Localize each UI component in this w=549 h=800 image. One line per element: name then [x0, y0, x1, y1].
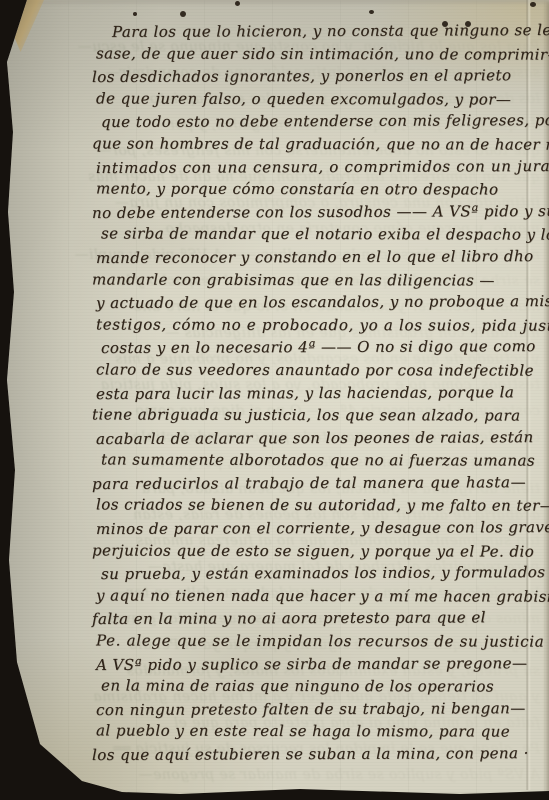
text-line: esta para lucir las minas, y las haciend… — [96, 381, 548, 406]
manuscript-page: Para los que lo hicieron, y no consta qu… — [0, 0, 549, 800]
text-line: acabarla de aclarar que son los peones d… — [96, 426, 548, 451]
text-line: tiene abriguada su justicia, los que sea… — [92, 403, 548, 427]
text-line: A VSª pido y suplico se sirba de mandar … — [96, 652, 548, 677]
text-line: los que aquí estubieren se suban a la mi… — [92, 742, 548, 767]
ink-blot — [133, 12, 137, 16]
text-line: y aquí no tienen nada que hacer y a mí m… — [96, 584, 548, 608]
text-line: se sirba de mandar que el notario exiba … — [101, 223, 548, 247]
text-line: testigos, cómo no e probocado, yo a los … — [96, 313, 548, 337]
text-line: sase, de que auer sido sin intimación, u… — [96, 42, 548, 66]
text-line: costas y en lo necesario 4ª —— O no si d… — [101, 335, 548, 360]
text-line: en la mina de raias que ninguno de los o… — [101, 675, 548, 699]
text-line: perjuicios que de esto se siguen, y porq… — [92, 539, 548, 563]
showthrough-line: A VSª pido y suplico se sirba de mandar … — [0, 762, 540, 788]
text-line: claro de sus veedores anauntado por cosa… — [96, 358, 548, 382]
text-line: minos de parar con el corriente, y desag… — [96, 516, 548, 541]
text-line: mandarle con grabisimas que en las dilig… — [92, 268, 548, 292]
ink-blot — [180, 11, 186, 17]
text-line: falta en la mina y no ai aora pretesto p… — [92, 606, 548, 631]
text-line: tan sumamente alborotados que no ai fuer… — [101, 449, 548, 473]
ink-blot — [442, 21, 448, 27]
text-line: Para los que lo hicieron, y no consta qu… — [96, 19, 548, 44]
text-line: no debe entenderse con los susodhos —— A… — [92, 200, 548, 225]
text-line: de que juren falso, o queden excomulgado… — [96, 87, 548, 111]
manuscript-text: Para los que lo hicieron, y no consta qu… — [96, 20, 548, 766]
ink-blot — [235, 1, 240, 6]
text-line: mento, y porque cómo constaría en otro d… — [96, 178, 548, 202]
text-line: mande reconocer y constando en el lo que… — [96, 245, 548, 270]
text-line: los criados se bienen de su autoridad, y… — [96, 494, 548, 518]
text-line: al pueblo y en este real se haga lo mism… — [96, 720, 548, 744]
ink-blot — [530, 2, 536, 7]
text-line: con ningun pretesto falten de su trabajo… — [96, 697, 548, 722]
text-line: que todo esto no debe entenderse con mis… — [101, 109, 548, 134]
text-line: para reducirlos al trabajo de tal manera… — [92, 471, 548, 496]
ink-blot — [369, 10, 374, 14]
text-line: los desdichados ignorantes, y ponerlos e… — [92, 64, 548, 89]
text-line: y actuado de que en los escandalos, y no… — [96, 290, 548, 315]
ink-blot — [465, 21, 471, 27]
text-line: intimados con una censura, o comprimidos… — [96, 155, 548, 180]
text-line: su prueba, y están examinados los indios… — [101, 561, 548, 586]
text-line: que son hombres de tal graduación, que n… — [92, 132, 548, 156]
text-line: Pe. alege que se le impidan los recursos… — [96, 629, 548, 653]
